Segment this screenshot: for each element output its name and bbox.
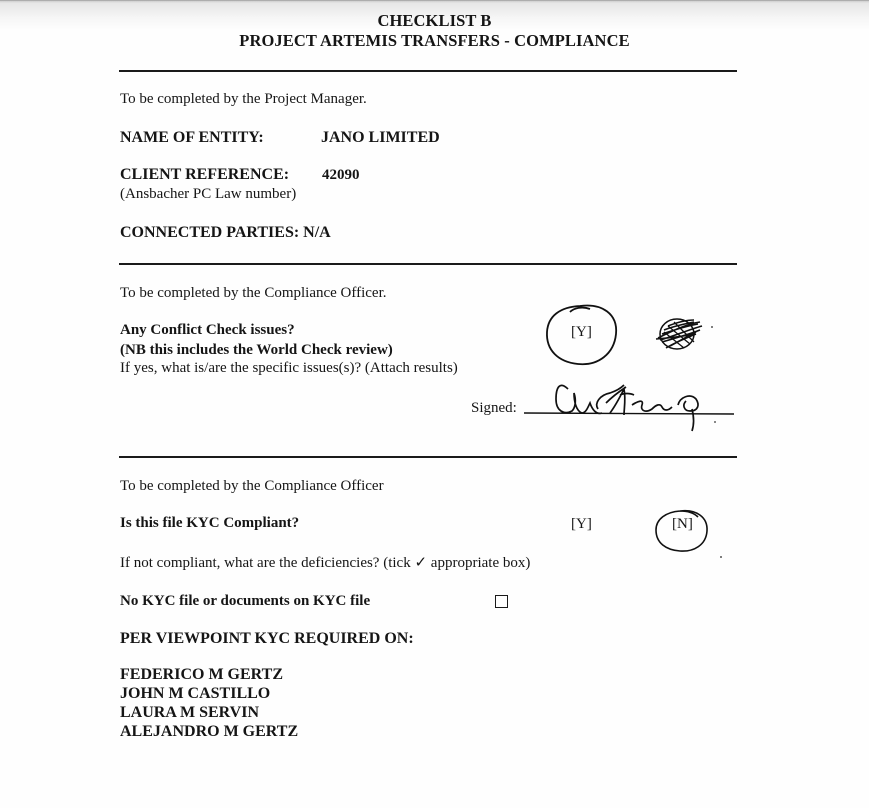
kyc-question: Is this file KYC Compliant? [120, 515, 299, 532]
signature-icon [520, 375, 745, 435]
kyc-required-name: FEDERICO M GERTZ [120, 666, 283, 684]
pm-instruction: To be completed by the Project Manager. [120, 91, 367, 108]
kyc-required-name: LAURA M SERVIN [120, 704, 259, 722]
entity-label: NAME OF ENTITY: [120, 129, 264, 147]
document-title: CHECKLIST B [0, 11, 869, 31]
kyc-option-yes[interactable]: [Y] [571, 516, 592, 533]
client-reference-value: 42090 [322, 167, 360, 184]
hand-drawn-circle-icon [540, 300, 625, 370]
connected-parties: CONNECTED PARTIES: N/A [120, 224, 331, 242]
ink-speck [711, 326, 713, 328]
entity-value: JANO LIMITED [321, 129, 440, 147]
kyc-required-name: JOHN M CASTILLO [120, 685, 270, 703]
conflict-followup: If yes, what is/are the specific issues(… [120, 360, 458, 377]
kyc-required-heading: PER VIEWPOINT KYC REQUIRED ON: [120, 630, 414, 648]
conflict-instruction: To be completed by the Compliance Office… [120, 285, 387, 302]
section-divider [119, 456, 737, 458]
hand-drawn-circle-icon [650, 505, 715, 555]
signed-label: Signed: [471, 400, 517, 417]
tick-icon: ✓ [414, 555, 427, 571]
kyc-required-name: ALEJANDRO M GERTZ [120, 723, 298, 741]
client-reference-note: (Ansbacher PC Law number) [120, 186, 296, 203]
conflict-question: Any Conflict Check issues? [120, 322, 295, 339]
deficiencies-prompt-start: If not compliant, what are the deficienc… [120, 555, 414, 571]
no-kyc-file-checkbox[interactable] [495, 595, 508, 608]
kyc-instruction: To be completed by the Compliance Office… [120, 478, 384, 495]
scribbled-out-option-icon [650, 312, 720, 357]
world-check-note: (NB this includes the World Check review… [120, 342, 393, 359]
deficiencies-prompt-end: appropriate box) [427, 555, 530, 571]
ink-speck [720, 556, 722, 558]
document-subtitle: PROJECT ARTEMIS TRANSFERS - COMPLIANCE [0, 31, 869, 51]
deficiency-item-label: No KYC file or documents on KYC file [120, 593, 370, 610]
section-divider [119, 70, 737, 72]
section-divider [119, 263, 737, 265]
deficiencies-prompt: If not compliant, what are the deficienc… [120, 553, 530, 572]
client-reference-label: CLIENT REFERENCE: [120, 166, 289, 184]
